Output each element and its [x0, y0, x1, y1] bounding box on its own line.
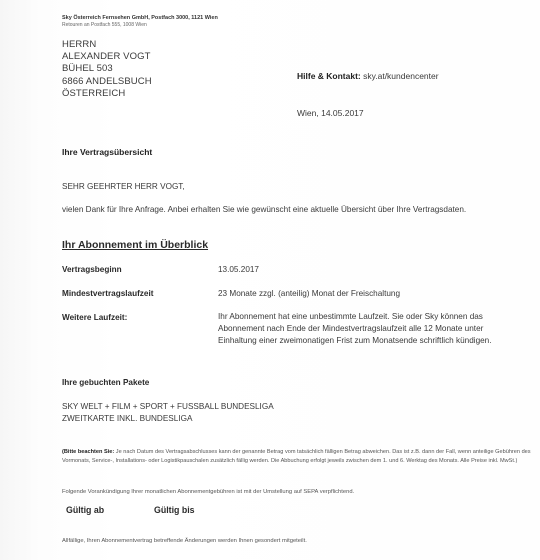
help-contact: Hilfe & Kontakt: sky.at/kundencenter	[297, 71, 439, 81]
letter-date: Wien, 14.05.2017	[297, 108, 364, 118]
package-item: SKY WELT + FILM + SPORT + FUSSBALL BUNDE…	[62, 401, 274, 413]
salutation: SEHR GEEHRTER HERR VOGT,	[62, 182, 185, 191]
help-label: Hilfe & Kontakt:	[297, 71, 361, 81]
help-link: sky.at/kundencenter	[363, 71, 438, 81]
min-term-label: Mindestvertragslaufzeit	[62, 289, 153, 298]
footer-note: Allfällige, Ihren Abonnementvertrag betr…	[62, 538, 307, 544]
further-term-value: Ihr Abonnement hat eine unbestimmte Lauf…	[218, 311, 508, 348]
overview-title: Ihr Abonnement im Überblick	[62, 239, 208, 251]
note-text: (Bitte beachten Sie: Je nach Datum des V…	[62, 448, 532, 466]
return-address: Retouren an Postfach 555, 1008 Wien	[62, 22, 147, 28]
sender-address: Sky Österreich Fernsehen GmbH, Postfach …	[62, 15, 218, 21]
packages-list: SKY WELT + FILM + SPORT + FUSSBALL BUNDE…	[62, 401, 274, 424]
recipient-line: HERRN	[62, 39, 152, 51]
recipient-address: HERRN ALEXANDER VOGT BÜHEL 503 6866 ANDE…	[62, 39, 152, 100]
packages-title: Ihre gebuchten Pakete	[62, 378, 149, 387]
contract-start-label: Vertragsbeginn	[62, 265, 122, 274]
valid-to-header: Gültig bis	[154, 505, 195, 515]
valid-from-header: Gültig ab	[66, 505, 104, 515]
min-term-value: 23 Monate zzgl. (anteilig) Monat der Fre…	[218, 289, 400, 298]
recipient-line: ALEXANDER VOGT	[62, 51, 152, 63]
intro-text: vielen Dank für Ihre Anfrage. Anbei erha…	[62, 204, 492, 216]
package-item: ZWEITKARTE INKL. BUNDESLIGA	[62, 413, 274, 425]
recipient-line: BÜHEL 503	[62, 63, 152, 75]
sepa-notice: Folgende Vorankündigung Ihrer monatliche…	[62, 489, 354, 495]
letter-subject: Ihre Vertragsübersicht	[62, 147, 152, 157]
recipient-line: ÖSTERREICH	[62, 88, 152, 100]
further-term-label: Weitere Laufzeit:	[62, 313, 127, 322]
note-body: Je nach Datum des Vertragsabschlusses ka…	[62, 449, 531, 464]
contract-start-value: 13.05.2017	[218, 265, 259, 274]
note-label: (Bitte beachten Sie:	[62, 449, 114, 455]
recipient-line: 6866 ANDELSBUCH	[62, 76, 152, 88]
